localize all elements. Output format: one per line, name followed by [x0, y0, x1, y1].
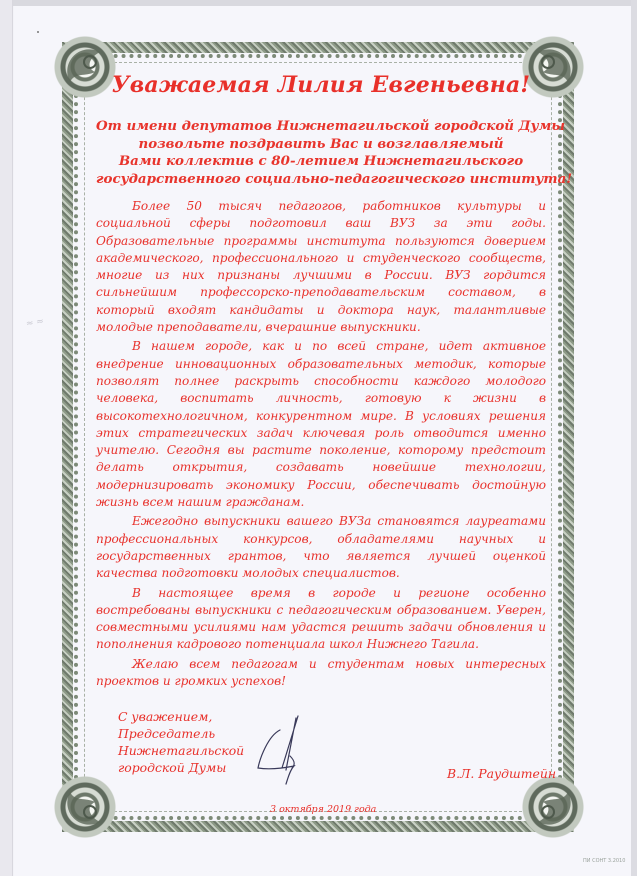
signoff-line: Председатель	[118, 725, 244, 742]
letter-signoff: С уважением, Председатель Нижнетагильско…	[118, 708, 244, 776]
body-paragraph: Более 50 тысяч педагогов, работников кул…	[96, 198, 546, 336]
letter-content: Уважаемая Лилия Евгеньевна! От имени деп…	[96, 70, 546, 692]
letter-body: Более 50 тысяч педагогов, работников кул…	[96, 198, 546, 690]
body-paragraph: Желаю всем педагогам и студентам новых и…	[96, 656, 546, 691]
letter-salutation: Уважаемая Лилия Евгеньевна!	[96, 70, 546, 100]
signoff-line: городской Думы	[118, 759, 244, 776]
scan-edge-right	[631, 0, 637, 876]
body-paragraph: В нашем городе, как и по всей стране, ид…	[96, 338, 546, 511]
corner-ornament-icon	[518, 772, 588, 842]
handwritten-signature-icon	[250, 708, 330, 792]
signer-name: В.Л. Раудштейн	[447, 766, 556, 781]
intro-line: позвольте поздравить Вас и возглавляемый	[96, 136, 546, 154]
speck	[37, 31, 39, 33]
corner-ornament-icon	[50, 772, 120, 842]
body-paragraph: Ежегодно выпускники вашего ВУЗа становят…	[96, 513, 546, 582]
signoff-line: Нижнетагильской	[118, 742, 244, 759]
letter-date: 3 октября 2019 года	[270, 804, 376, 815]
printer-mark: ПИ СОНТ 3.2010	[583, 858, 625, 864]
signoff-line: С уважением,	[118, 708, 244, 725]
scan-edge-left	[0, 0, 13, 876]
intro-line: От имени депутатов Нижнетагильской город…	[96, 118, 546, 136]
intro-line: государственного социально-педагогическо…	[96, 171, 546, 189]
letter-intro: От имени депутатов Нижнетагильской город…	[96, 118, 546, 188]
intro-line: Вами коллектив с 80-летием Нижнетагильск…	[96, 153, 546, 171]
body-paragraph: В настоящее время в городе и регионе осо…	[96, 585, 546, 654]
